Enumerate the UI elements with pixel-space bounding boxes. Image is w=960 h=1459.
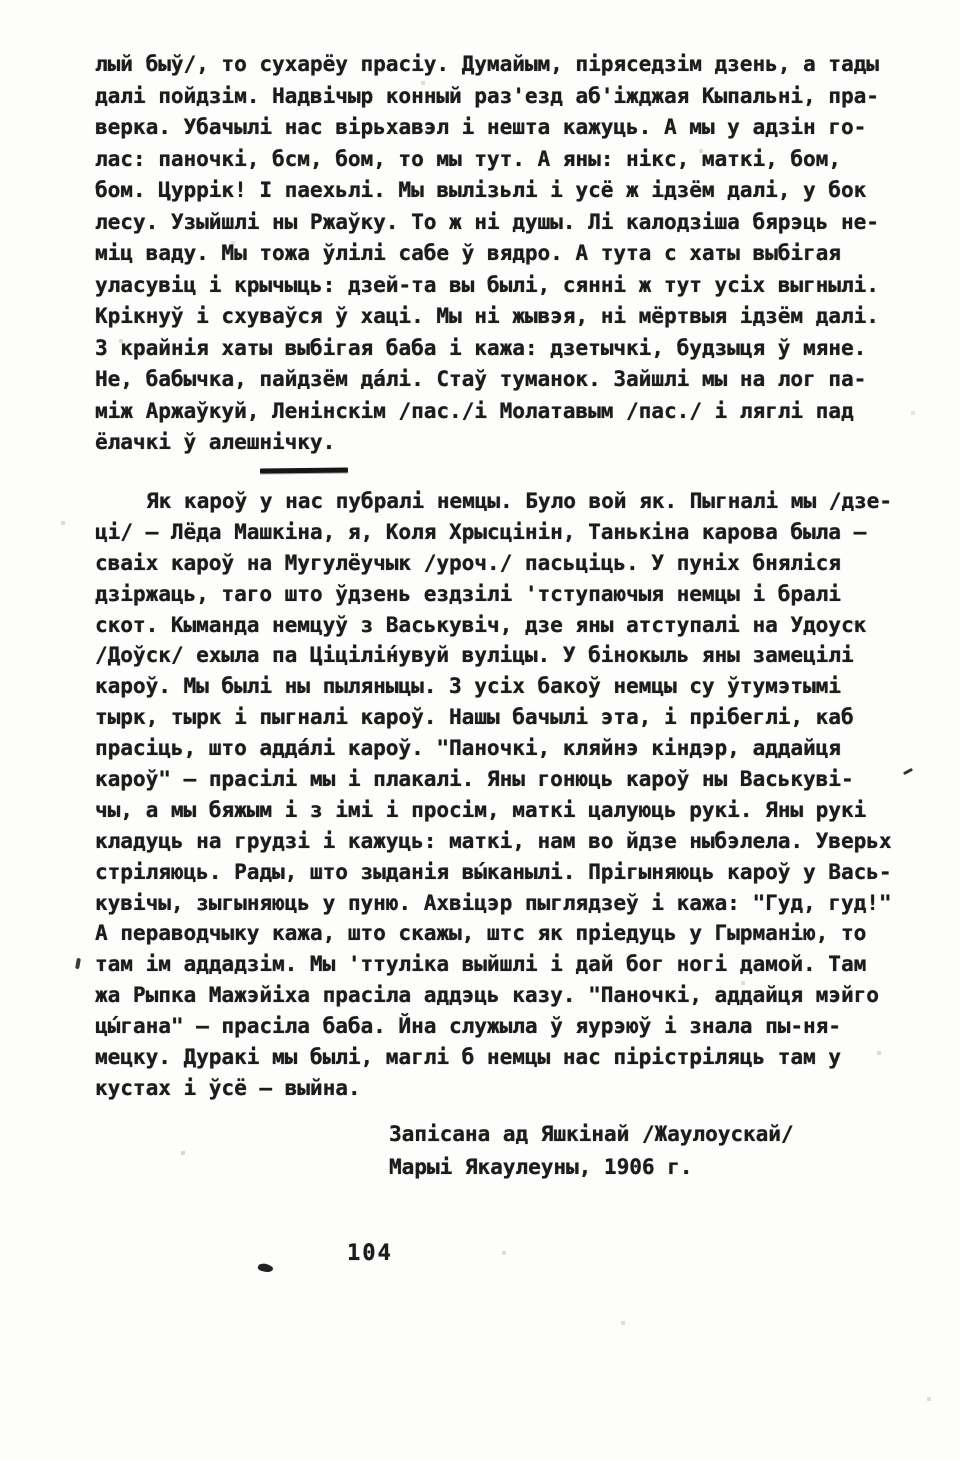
- text-line: верка. Убачылі нас вірьхавэл і нешта каж…: [95, 115, 879, 147]
- text-line: цы́гана" — прасіла баба. Йна служыла ў я…: [95, 1014, 892, 1045]
- text-line: ці/ — Лёда Машкіна, я, Коля Хрысцінін, Т…: [95, 520, 892, 551]
- scanned-page: лый быў/, то сухарёу прасіу. Думайым, пі…: [0, 0, 960, 1459]
- text-line: жа Рыпка Мажэйіха прасіла аддэць казу. "…: [95, 983, 892, 1014]
- scan-noise-specks: [0, 0, 2, 2]
- text-line: бом. Цуррік! І паехьлі. Мы вылізьлі і ус…: [95, 178, 879, 210]
- text-line: Як кароў у нас пубралі немцы. Було вой я…: [95, 489, 892, 520]
- text-line: /Доўск/ ехыла па Ціцілі́нувуй вуліцы. У …: [95, 643, 892, 674]
- text-line: дзіржаць, таго што ўдзень ездзілі 'тступ…: [95, 582, 892, 613]
- text-line: кладуць на грудзі і кажуць: маткі, нам в…: [95, 829, 892, 860]
- scan-mark-left: [75, 958, 81, 970]
- text-line: скот. Кыманда немцуў з Васькувіч, дзе ян…: [95, 613, 892, 644]
- text-line: кароў. Мы былі ны пыляныцы. З усіх бакоў…: [95, 674, 892, 705]
- text-line: міц ваду. Мы тожа ўлілі сабе ў вядро. А …: [95, 241, 879, 273]
- text-line: Крікнуў і схуваўся ў хаці. Мы ні жывэя, …: [95, 304, 879, 336]
- text-line: З крайнія хаты выбігая баба і кажа: дзет…: [95, 336, 879, 368]
- text-line: стріляюць. Рады, што зыданія вы́канылі. …: [95, 860, 892, 891]
- text-line: чы, а мы бяжым і з імі і просім, маткі ц…: [95, 798, 892, 829]
- text-line: ёлачкі ў алешнічку.: [95, 430, 879, 462]
- text-line: тырк, тырк і пыгналі кароў. Нашы бачылі …: [95, 705, 892, 736]
- page-number: 104: [347, 1241, 393, 1266]
- scan-mark-right: [903, 768, 913, 775]
- text-line: лесу. Узыйшлі ны Ржаўку. То ж ні душы. Л…: [95, 210, 879, 242]
- text-line: уласувіц і крычыць: дзей-та вы былі, сян…: [95, 273, 879, 305]
- ink-blot: [257, 1262, 274, 1274]
- text-line: Марыі Якаулеуны, 1906 г.: [389, 1155, 794, 1188]
- text-line: Не, бабычка, пайдзём да́лі. Стаў туманок…: [95, 367, 879, 399]
- text-line: далі пойдзім. Надвічыр конный раз'езд аб…: [95, 84, 879, 116]
- text-line: між Аржаўкуй, Ленінскім /пас./і Молатавы…: [95, 399, 879, 431]
- text-line: прасіць, што адда́лі кароў. "Паночкі, кл…: [95, 736, 892, 767]
- text-line: кароў" — прасілі мы і плакалі. Яны гонюц…: [95, 767, 892, 798]
- text-line: кустах і ўсё — выйна.: [95, 1076, 892, 1107]
- text-line: Запісана ад Яшкінай /Жаулоускай/: [389, 1122, 794, 1155]
- text-line: лый быў/, то сухарёу прасіу. Думайым, пі…: [95, 52, 879, 84]
- section-divider: [260, 468, 348, 474]
- attribution-note: Запісана ад Яшкінай /Жаулоускай/Марыі Як…: [389, 1122, 794, 1187]
- text-line: кувічы, зыгыняюць у пуню. Ахвіцэр пыгляд…: [95, 891, 892, 922]
- text-line: лас: паночкі, бсм, бом, то мы тут. А яны…: [95, 147, 879, 179]
- text-line: там ім аддадзім. Мы 'ттуліка выйшлі і да…: [95, 952, 892, 983]
- text-line: мецку. Дуракі мы былі, маглі б немцы нас…: [95, 1045, 892, 1076]
- paragraph-2: Як кароў у нас пубралі немцы. Було вой я…: [95, 489, 892, 1107]
- text-line: А пераводчыку кажа, што скажы, штс як пр…: [95, 921, 892, 952]
- paragraph-1: лый быў/, то сухарёу прасіу. Думайым, пі…: [95, 52, 879, 462]
- text-line: сваіх кароў на Мугулёучык /уроч./ пасьці…: [95, 551, 892, 582]
